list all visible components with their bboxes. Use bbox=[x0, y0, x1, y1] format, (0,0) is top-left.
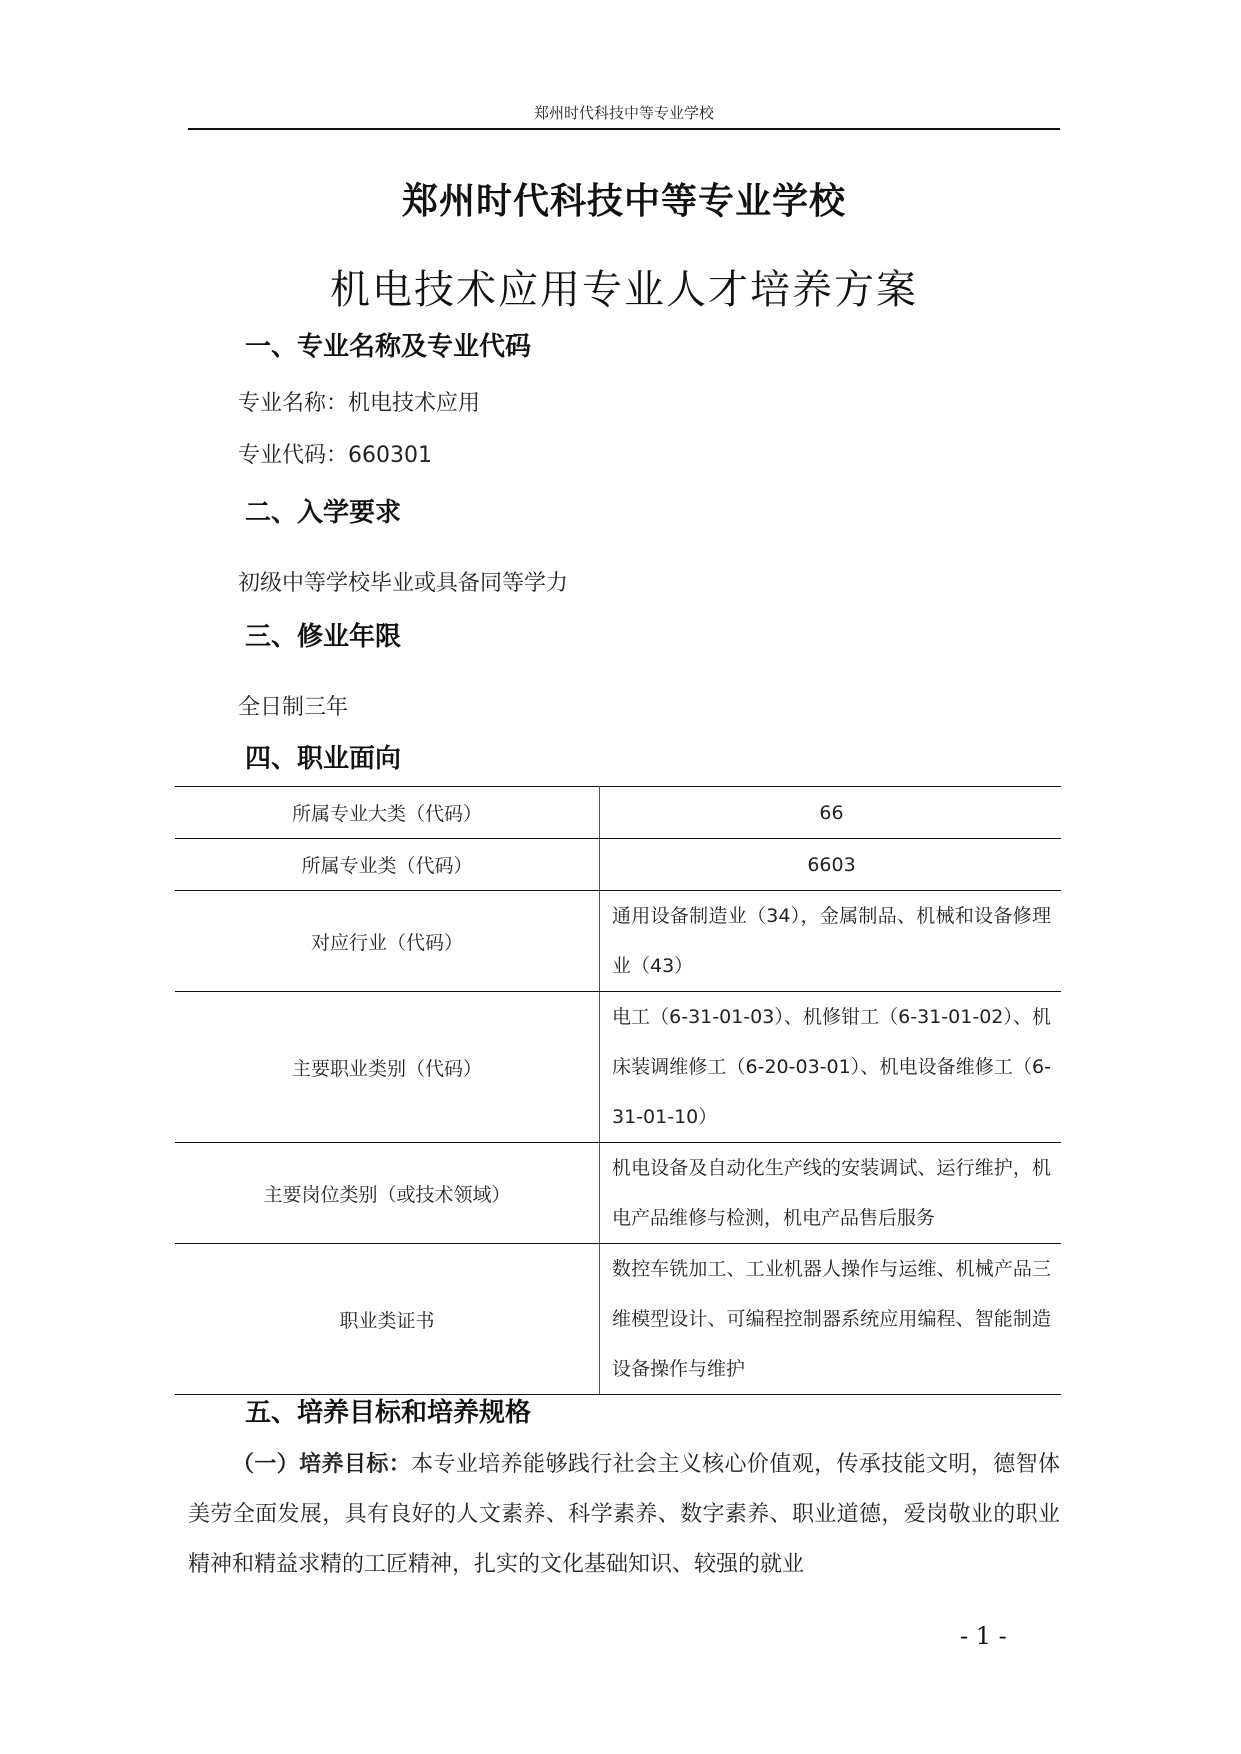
running-header: 郑州时代科技中等专业学校 bbox=[188, 102, 1060, 123]
section-1-heading: 一、专业名称及专业代码 bbox=[245, 326, 531, 363]
plan-title: 机电技术应用专业人才培养方案 bbox=[188, 258, 1060, 315]
row-value: 通用设备制造业（34），金属制品、机械和设备修理业（43） bbox=[600, 891, 1062, 992]
row-value: 66 bbox=[600, 787, 1062, 839]
admission-requirement: 初级中等学校毕业或具备同等学力 bbox=[238, 566, 568, 597]
major-name: 专业名称：机电技术应用 bbox=[238, 386, 480, 417]
header-rule bbox=[188, 128, 1060, 130]
training-objective-label: （一）培养目标： bbox=[188, 1452, 411, 1477]
table-row: 所属专业大类（代码） 66 bbox=[175, 787, 1061, 839]
table-row: 主要岗位类别（或技术领域） 机电设备及自动化生产线的安装调试、运行维护，机电产品… bbox=[175, 1143, 1061, 1244]
career-orientation-table: 所属专业大类（代码） 66 所属专业类（代码） 6603 对应行业（代码） 通用… bbox=[175, 786, 1061, 1395]
row-value: 6603 bbox=[600, 839, 1062, 891]
training-objective-paragraph: （一）培养目标：本专业培养能够践行社会主义核心价值观，传承技能文明，德智体美劳全… bbox=[188, 1440, 1060, 1590]
study-duration: 全日制三年 bbox=[238, 690, 348, 721]
school-title: 郑州时代科技中等专业学校 bbox=[188, 173, 1060, 224]
table-row: 职业类证书 数控车铣加工、工业机器人操作与运维、机械产品三维模型设计、可编程控制… bbox=[175, 1244, 1061, 1395]
section-3-heading: 三、修业年限 bbox=[245, 616, 401, 653]
row-value: 数控车铣加工、工业机器人操作与运维、机械产品三维模型设计、可编程控制器系统应用编… bbox=[600, 1244, 1062, 1395]
table-row: 所属专业类（代码） 6603 bbox=[175, 839, 1061, 891]
row-label: 主要职业类别（代码） bbox=[175, 992, 600, 1143]
row-label: 职业类证书 bbox=[175, 1244, 600, 1395]
row-label: 主要岗位类别（或技术领域） bbox=[175, 1143, 600, 1244]
section-2-heading: 二、入学要求 bbox=[245, 492, 401, 529]
section-5-heading: 五、培养目标和培养规格 bbox=[245, 1392, 531, 1429]
row-value: 电工（6-31-01-03）、机修钳工（6-31-01-02）、机床装调维修工（… bbox=[600, 992, 1062, 1143]
row-label: 所属专业大类（代码） bbox=[175, 787, 600, 839]
table-row: 对应行业（代码） 通用设备制造业（34），金属制品、机械和设备修理业（43） bbox=[175, 891, 1061, 992]
row-value: 机电设备及自动化生产线的安装调试、运行维护，机电产品维修与检测，机电产品售后服务 bbox=[600, 1143, 1062, 1244]
page-number: - 1 - bbox=[960, 1622, 1007, 1650]
major-code: 专业代码：660301 bbox=[238, 438, 432, 469]
table-row: 主要职业类别（代码） 电工（6-31-01-03）、机修钳工（6-31-01-0… bbox=[175, 992, 1061, 1143]
row-label: 所属专业类（代码） bbox=[175, 839, 600, 891]
section-4-heading: 四、职业面向 bbox=[245, 738, 401, 775]
row-label: 对应行业（代码） bbox=[175, 891, 600, 992]
document-page: 郑州时代科技中等专业学校 郑州时代科技中等专业学校 机电技术应用专业人才培养方案… bbox=[0, 0, 1241, 1754]
